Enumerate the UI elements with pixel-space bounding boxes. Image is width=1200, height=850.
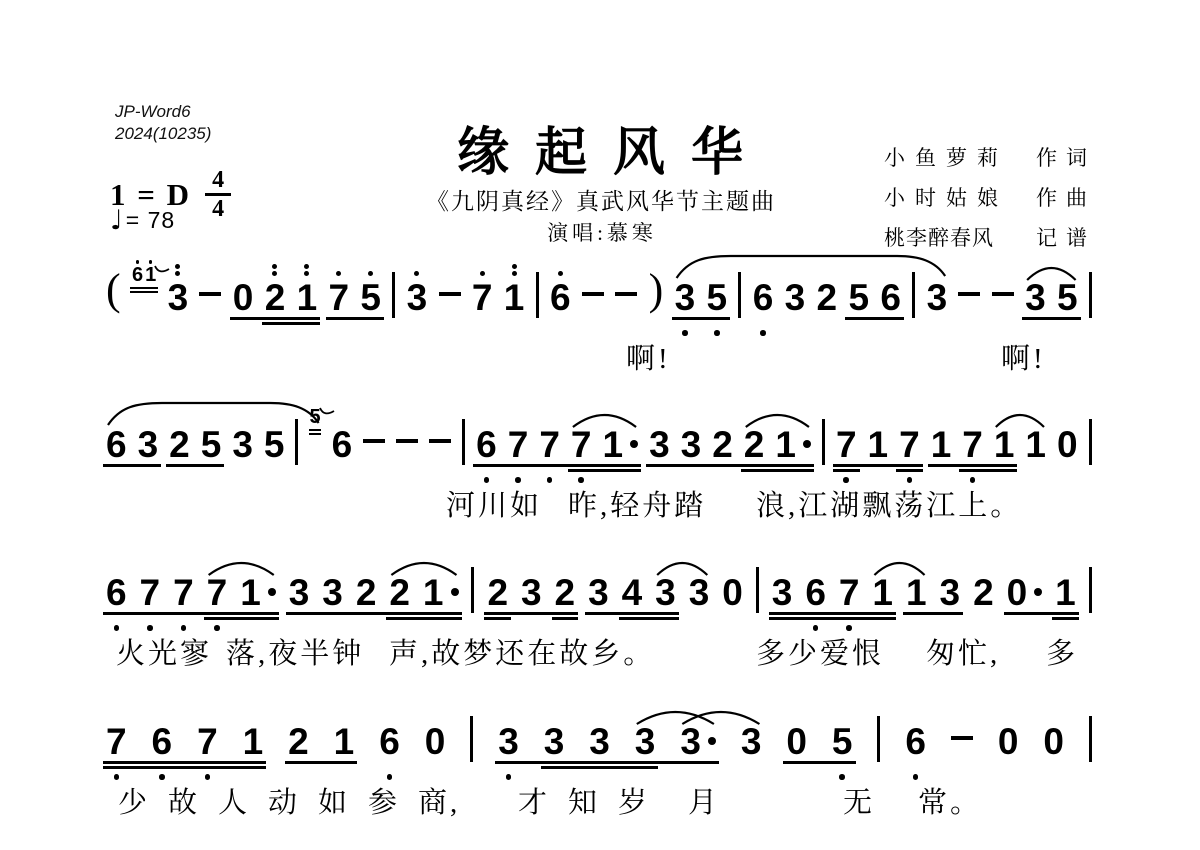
- note-digit: 6: [106, 574, 127, 611]
- note-number: 3: [649, 425, 670, 463]
- note-digit: 6: [476, 426, 497, 463]
- octave-dots-above: [272, 260, 277, 278]
- note-number: 3: [1025, 278, 1046, 316]
- note-number: 1: [994, 425, 1015, 463]
- dash-bar: [992, 292, 1014, 296]
- beam-line: [204, 617, 279, 620]
- beam-line: [1022, 317, 1080, 320]
- note-digit: 1: [240, 574, 261, 611]
- dash-bar: [582, 292, 604, 296]
- note-number: 3: [138, 425, 159, 463]
- duration-dash: [199, 260, 221, 296]
- note-number: 0: [425, 722, 446, 760]
- beam-line: [845, 317, 903, 320]
- dash-bar: [199, 292, 221, 296]
- octave-dot: [913, 774, 919, 780]
- lyric-syllable: 河川如: [446, 483, 542, 524]
- paren-glyph: ): [649, 268, 664, 312]
- score-line: 63253556677713322171717110河川如昨,轻舟踏浪,江湖飘荡…: [106, 407, 1092, 539]
- beam-line: [783, 761, 855, 764]
- note-number: 2: [555, 573, 576, 611]
- beam-line: [495, 761, 719, 764]
- octave-dot: [387, 774, 393, 780]
- note-number: 7: [839, 573, 860, 611]
- note-number: 5: [706, 278, 727, 316]
- octave-dot: [414, 271, 419, 276]
- lyric-syllable: 岁: [618, 780, 650, 821]
- note-digit: 4: [622, 574, 643, 611]
- note-digit: 3: [785, 279, 806, 316]
- octave-dot: [843, 477, 849, 483]
- octave-dot: [175, 264, 180, 269]
- note-digit: 3: [168, 279, 189, 316]
- octave-dots-above: [304, 260, 309, 278]
- note-number: 6: [880, 278, 901, 316]
- beam-line: [103, 464, 161, 467]
- octave-dot: [760, 330, 766, 336]
- note-number: 0: [722, 573, 743, 611]
- dash-bar: [439, 292, 461, 296]
- note-number: 7: [836, 425, 857, 463]
- note-digit: 0: [998, 723, 1019, 760]
- note-number: 1: [334, 722, 355, 760]
- note-number: 6: [753, 278, 774, 316]
- beam-line: [484, 612, 578, 615]
- note-number: 3: [785, 278, 806, 316]
- barline-rule: [1089, 567, 1092, 613]
- barline-rule: [392, 272, 395, 318]
- note-number: 7: [207, 573, 228, 611]
- note-number: 6: [550, 278, 571, 316]
- octave-dots-above: [368, 260, 373, 278]
- note-number: 1: [504, 278, 525, 316]
- note-digit: 5: [264, 426, 285, 463]
- note-digit: 5: [201, 426, 222, 463]
- note-number: 7: [472, 278, 493, 316]
- octave-dots-above: [175, 260, 180, 278]
- dash-bar: [958, 292, 980, 296]
- grace-beam: [130, 291, 158, 293]
- note-digit: 7: [140, 574, 161, 611]
- duration-dash: [951, 704, 973, 740]
- score-line: 7671216033333305600少故人动如参商,才知岁月无常。: [106, 704, 1092, 836]
- note-digit: 1: [423, 574, 444, 611]
- octave-dot: [159, 774, 165, 780]
- note-digit: 1: [243, 723, 264, 760]
- octave-dot: [272, 264, 277, 269]
- note-digit: 2: [817, 279, 838, 316]
- note-number: 3: [927, 278, 948, 316]
- note-digit: 3: [927, 279, 948, 316]
- note-digit: 0: [233, 279, 254, 316]
- note-number: 7: [962, 425, 983, 463]
- note-number: 5: [832, 722, 853, 760]
- barline-rule: [470, 716, 473, 762]
- grace-note-group: 61: [132, 260, 156, 293]
- lyric-syllable: 昨,轻舟踏: [568, 483, 706, 524]
- grace-beam: [309, 429, 322, 431]
- duration-dash: [582, 260, 604, 296]
- note-digit: 7: [508, 426, 529, 463]
- note-digit: 1: [504, 279, 525, 316]
- octave-dot: [558, 271, 563, 276]
- note-number: 5: [264, 425, 285, 463]
- octave-dot: [147, 625, 153, 631]
- note-digit: 7: [899, 426, 920, 463]
- note-digit: 6: [905, 723, 926, 760]
- measure-row: 63253556677713322171717110: [106, 407, 1092, 483]
- note-number: 3: [588, 573, 609, 611]
- note-digit: 3: [681, 426, 702, 463]
- barline: [822, 407, 825, 465]
- note-number: 0: [1057, 425, 1078, 463]
- barline: [1089, 704, 1092, 762]
- lyric-syllable: 人: [218, 780, 250, 821]
- note-number: 6: [805, 573, 826, 611]
- octave-dot: [149, 260, 153, 264]
- note-digit: 6: [753, 279, 774, 316]
- note-number: 7: [571, 425, 592, 463]
- note-digit: 7: [106, 723, 127, 760]
- note-digit: 0: [1057, 426, 1078, 463]
- dash-bar: [429, 439, 451, 443]
- note-number: 3: [675, 278, 696, 316]
- note-number: 7: [173, 573, 194, 611]
- barline-rule: [462, 419, 465, 465]
- note-digit: 5: [848, 279, 869, 316]
- beam-line: [103, 761, 266, 764]
- note-number: 6: [106, 425, 127, 463]
- note-digit: 3: [940, 574, 961, 611]
- beam-line: [833, 469, 860, 472]
- octave-dot: [714, 330, 720, 336]
- lyric-syllable: 少: [118, 780, 150, 821]
- note-digit: 6: [880, 279, 901, 316]
- octave-dot: [272, 271, 277, 276]
- barline-rule: [738, 272, 741, 318]
- grace-notes: 61: [132, 260, 156, 285]
- note-number: 6: [379, 722, 400, 760]
- barline-rule: [1089, 419, 1092, 465]
- barline-rule: [756, 567, 759, 613]
- note-number: 0: [1043, 722, 1064, 760]
- note-digit: 3: [680, 723, 701, 760]
- lyric-syllable: 落,夜半钟: [226, 631, 364, 672]
- barline: [1089, 407, 1092, 465]
- octave-dot: [907, 477, 913, 483]
- augmentation-dot: [803, 440, 811, 448]
- note-number: 1: [906, 573, 927, 611]
- note-digit: 3: [289, 574, 310, 611]
- note-number: 2: [356, 573, 377, 611]
- beam-line: [103, 612, 279, 615]
- beam-line: [285, 761, 357, 764]
- note-number: 3: [168, 278, 189, 316]
- note-digit: 7: [197, 723, 218, 760]
- note-digit: 5: [1057, 279, 1078, 316]
- note-number: 2: [817, 278, 838, 316]
- dash-bar: [951, 736, 973, 740]
- beam-line: [262, 322, 320, 325]
- note-number: 7: [329, 278, 350, 316]
- beam-line: [833, 464, 923, 467]
- note-digit: 1: [1055, 574, 1076, 611]
- note-digit: 1: [994, 426, 1015, 463]
- note-number: 0: [786, 722, 807, 760]
- duration-dash: [439, 260, 461, 296]
- barline: [295, 407, 298, 465]
- note-number: 1: [297, 278, 318, 316]
- note-number: 6: [152, 722, 173, 760]
- note-digit: 1: [775, 426, 796, 463]
- lyric-syllable: 火光寥: [116, 631, 212, 672]
- octave-dot: [484, 477, 490, 483]
- note-digit: 7: [839, 574, 860, 611]
- note-digit: 1: [297, 279, 318, 316]
- note-digit: 3: [407, 279, 428, 316]
- note-number: 3: [681, 425, 702, 463]
- note-number: 1: [931, 425, 952, 463]
- note-number: 5: [1057, 278, 1078, 316]
- note-digit: 3: [772, 574, 793, 611]
- octave-dots-above: [480, 260, 485, 278]
- beam-line: [928, 464, 1018, 467]
- octave-dot: [578, 477, 584, 483]
- note-digit: 0: [1043, 723, 1064, 760]
- note-digit: 7: [571, 426, 592, 463]
- lyric-syllable: 知: [568, 780, 600, 821]
- barline: [738, 260, 741, 318]
- note-number: 2: [169, 425, 190, 463]
- note-digit: 3: [589, 723, 610, 760]
- beam-line: [484, 617, 511, 620]
- barline: [1089, 555, 1092, 613]
- lyric-syllable: 商,: [418, 780, 460, 821]
- octave-dot: [214, 625, 220, 631]
- beam-line: [896, 469, 923, 472]
- barline-rule: [1089, 716, 1092, 762]
- barline-rule: [912, 272, 915, 318]
- barline: [877, 704, 880, 762]
- barline-rule: [877, 716, 880, 762]
- note-digit: 3: [655, 574, 676, 611]
- octave-dot: [114, 774, 120, 780]
- beam-line: [1052, 617, 1079, 620]
- note-number: 7: [508, 425, 529, 463]
- beam-line: [1004, 612, 1079, 615]
- note-number: 2: [973, 573, 994, 611]
- note-number: 3: [689, 573, 710, 611]
- augmentation-dot: [268, 588, 276, 596]
- lyric-syllable: 才: [518, 780, 550, 821]
- note-number: 3: [741, 722, 762, 760]
- note-digit: 7: [173, 574, 194, 611]
- lyrics-row: 啊!啊!: [106, 336, 1092, 372]
- duration-dash: [958, 260, 980, 296]
- octave-dot: [136, 260, 140, 264]
- grace-beam: [309, 433, 322, 435]
- note-number: 1: [1025, 425, 1046, 463]
- score: (613021753716)3563256335啊!啊!632535566777…: [0, 0, 1200, 850]
- measure-row: 677713322123234330367113201: [106, 555, 1092, 631]
- note-number: 3: [589, 722, 610, 760]
- note-digit: 3: [232, 426, 253, 463]
- note-number: 4: [622, 573, 643, 611]
- note-number: 0: [1007, 573, 1043, 611]
- note-digit: 2: [712, 426, 733, 463]
- barline-rule: [295, 419, 298, 465]
- note-number: 7: [899, 425, 920, 463]
- octave-dots-above: [512, 260, 517, 278]
- note-digit: 7: [539, 426, 560, 463]
- beam-line: [541, 766, 659, 769]
- lyric-syllable: 月: [688, 780, 720, 821]
- octave-dot: [480, 271, 485, 276]
- note-digit: 2: [487, 574, 508, 611]
- octave-dot: [181, 625, 187, 631]
- note-digit: 1: [334, 723, 355, 760]
- note-digit: 3: [138, 426, 159, 463]
- note-number: 3: [521, 573, 542, 611]
- octave-dot: [547, 477, 553, 483]
- lyric-syllable: 匆忙,: [926, 631, 1000, 672]
- note-digit: 3: [675, 279, 696, 316]
- beam-line: [166, 464, 224, 467]
- note-digit: 3: [741, 723, 762, 760]
- note-number: 6: [332, 425, 353, 463]
- duration-dash: [615, 260, 637, 296]
- note-number: 3: [289, 573, 310, 611]
- note-digit: 5: [706, 279, 727, 316]
- note-digit: 1: [931, 426, 952, 463]
- note-number: 1: [775, 425, 811, 463]
- barline: [392, 260, 395, 318]
- octave-dot: [304, 264, 309, 269]
- lyric-syllable: 声,故梦还在故乡。: [389, 631, 655, 672]
- octave-dot: [512, 264, 517, 269]
- note-digit: 3: [544, 723, 565, 760]
- note-digit: 7: [472, 279, 493, 316]
- note-number: 1: [1055, 573, 1076, 611]
- note-digit: 3: [635, 723, 656, 760]
- note-digit: 2: [356, 574, 377, 611]
- parenthesis: ): [649, 260, 664, 312]
- note-number: 2: [744, 425, 765, 463]
- note-number: 3: [655, 573, 676, 611]
- note-number: 1: [602, 425, 638, 463]
- note-number: 6: [476, 425, 497, 463]
- lyric-syllable: 浪,江湖飘荡江上。: [756, 483, 1022, 524]
- barline: [756, 555, 759, 613]
- lyric-syllable: 动: [268, 780, 300, 821]
- beam-line: [230, 317, 320, 320]
- beam-line: [585, 612, 679, 615]
- note-number: 7: [106, 722, 127, 760]
- lyric-syllable: 常。: [918, 780, 982, 821]
- note-digit: 6: [379, 723, 400, 760]
- barline-rule: [1089, 272, 1092, 318]
- note-digit: 7: [207, 574, 228, 611]
- note-digit: 3: [521, 574, 542, 611]
- barline: [912, 260, 915, 318]
- note-number: 5: [360, 278, 381, 316]
- note-number: 2: [487, 573, 508, 611]
- note-number: 6: [106, 573, 127, 611]
- octave-dot: [336, 271, 341, 276]
- note-number: 3: [635, 722, 656, 760]
- octave-dots-above: [336, 260, 341, 278]
- dash-bar: [615, 292, 637, 296]
- note-digit: 1: [868, 426, 889, 463]
- note-digit: 6: [106, 426, 127, 463]
- beam-line: [672, 317, 730, 320]
- note-number: 3: [322, 573, 343, 611]
- note-digit: 7: [329, 279, 350, 316]
- parenthesis: (: [106, 260, 121, 312]
- beam-line: [959, 469, 1017, 472]
- barline: [470, 704, 473, 762]
- octave-dots-above: [558, 260, 563, 278]
- paren-glyph: (: [106, 268, 121, 312]
- duration-dash: [396, 407, 418, 443]
- augmentation-dot: [451, 588, 459, 596]
- octave-dot: [839, 774, 845, 780]
- note-number: 7: [197, 722, 218, 760]
- note-digit: 5: [360, 279, 381, 316]
- duration-dash: [429, 407, 451, 443]
- note-number: 1: [423, 573, 459, 611]
- grace-digit: 6: [132, 265, 143, 285]
- note-number: 3: [407, 278, 428, 316]
- measure-row: (613021753716)3563256335: [106, 260, 1092, 336]
- octave-dot: [114, 625, 120, 631]
- lyrics-row: 少故人动如参商,才知岁月无常。: [106, 780, 1092, 816]
- note-digit: 6: [550, 279, 571, 316]
- note-number: 1: [868, 425, 889, 463]
- lyric-syllable: 参: [368, 780, 400, 821]
- note-number: 3: [232, 425, 253, 463]
- note-number: 2: [389, 573, 410, 611]
- beam-line: [326, 317, 384, 320]
- measure-row: 7671216033333305600: [106, 704, 1092, 780]
- grace-beam: [130, 287, 158, 289]
- lyrics-row: 火光寥落,夜半钟声,故梦还在故乡。多少爱恨匆忙,多: [106, 631, 1092, 667]
- note-number: 3: [940, 573, 961, 611]
- octave-dot: [846, 625, 852, 631]
- note-digit: 2: [555, 574, 576, 611]
- beam-line: [619, 617, 679, 620]
- grace-note-group: 5: [309, 407, 320, 435]
- note-number: 2: [265, 278, 286, 316]
- beam-line: [903, 612, 963, 615]
- note-digit: 7: [962, 426, 983, 463]
- lyric-syllable: 啊!: [626, 336, 671, 377]
- note-digit: 1: [1025, 426, 1046, 463]
- note-digit: 7: [836, 426, 857, 463]
- note-digit: 1: [906, 574, 927, 611]
- lyrics-row: 河川如昨,轻舟踏浪,江湖飘荡江上。: [106, 483, 1092, 519]
- note-digit: 0: [786, 723, 807, 760]
- note-digit: 2: [389, 574, 410, 611]
- note-number: 5: [848, 278, 869, 316]
- dash-bar: [396, 439, 418, 443]
- note-digit: 1: [602, 426, 623, 463]
- note-number: 2: [712, 425, 733, 463]
- beam-line: [769, 612, 896, 615]
- dash-bar: [363, 439, 385, 443]
- note-number: 7: [140, 573, 161, 611]
- note-digit: 2: [973, 574, 994, 611]
